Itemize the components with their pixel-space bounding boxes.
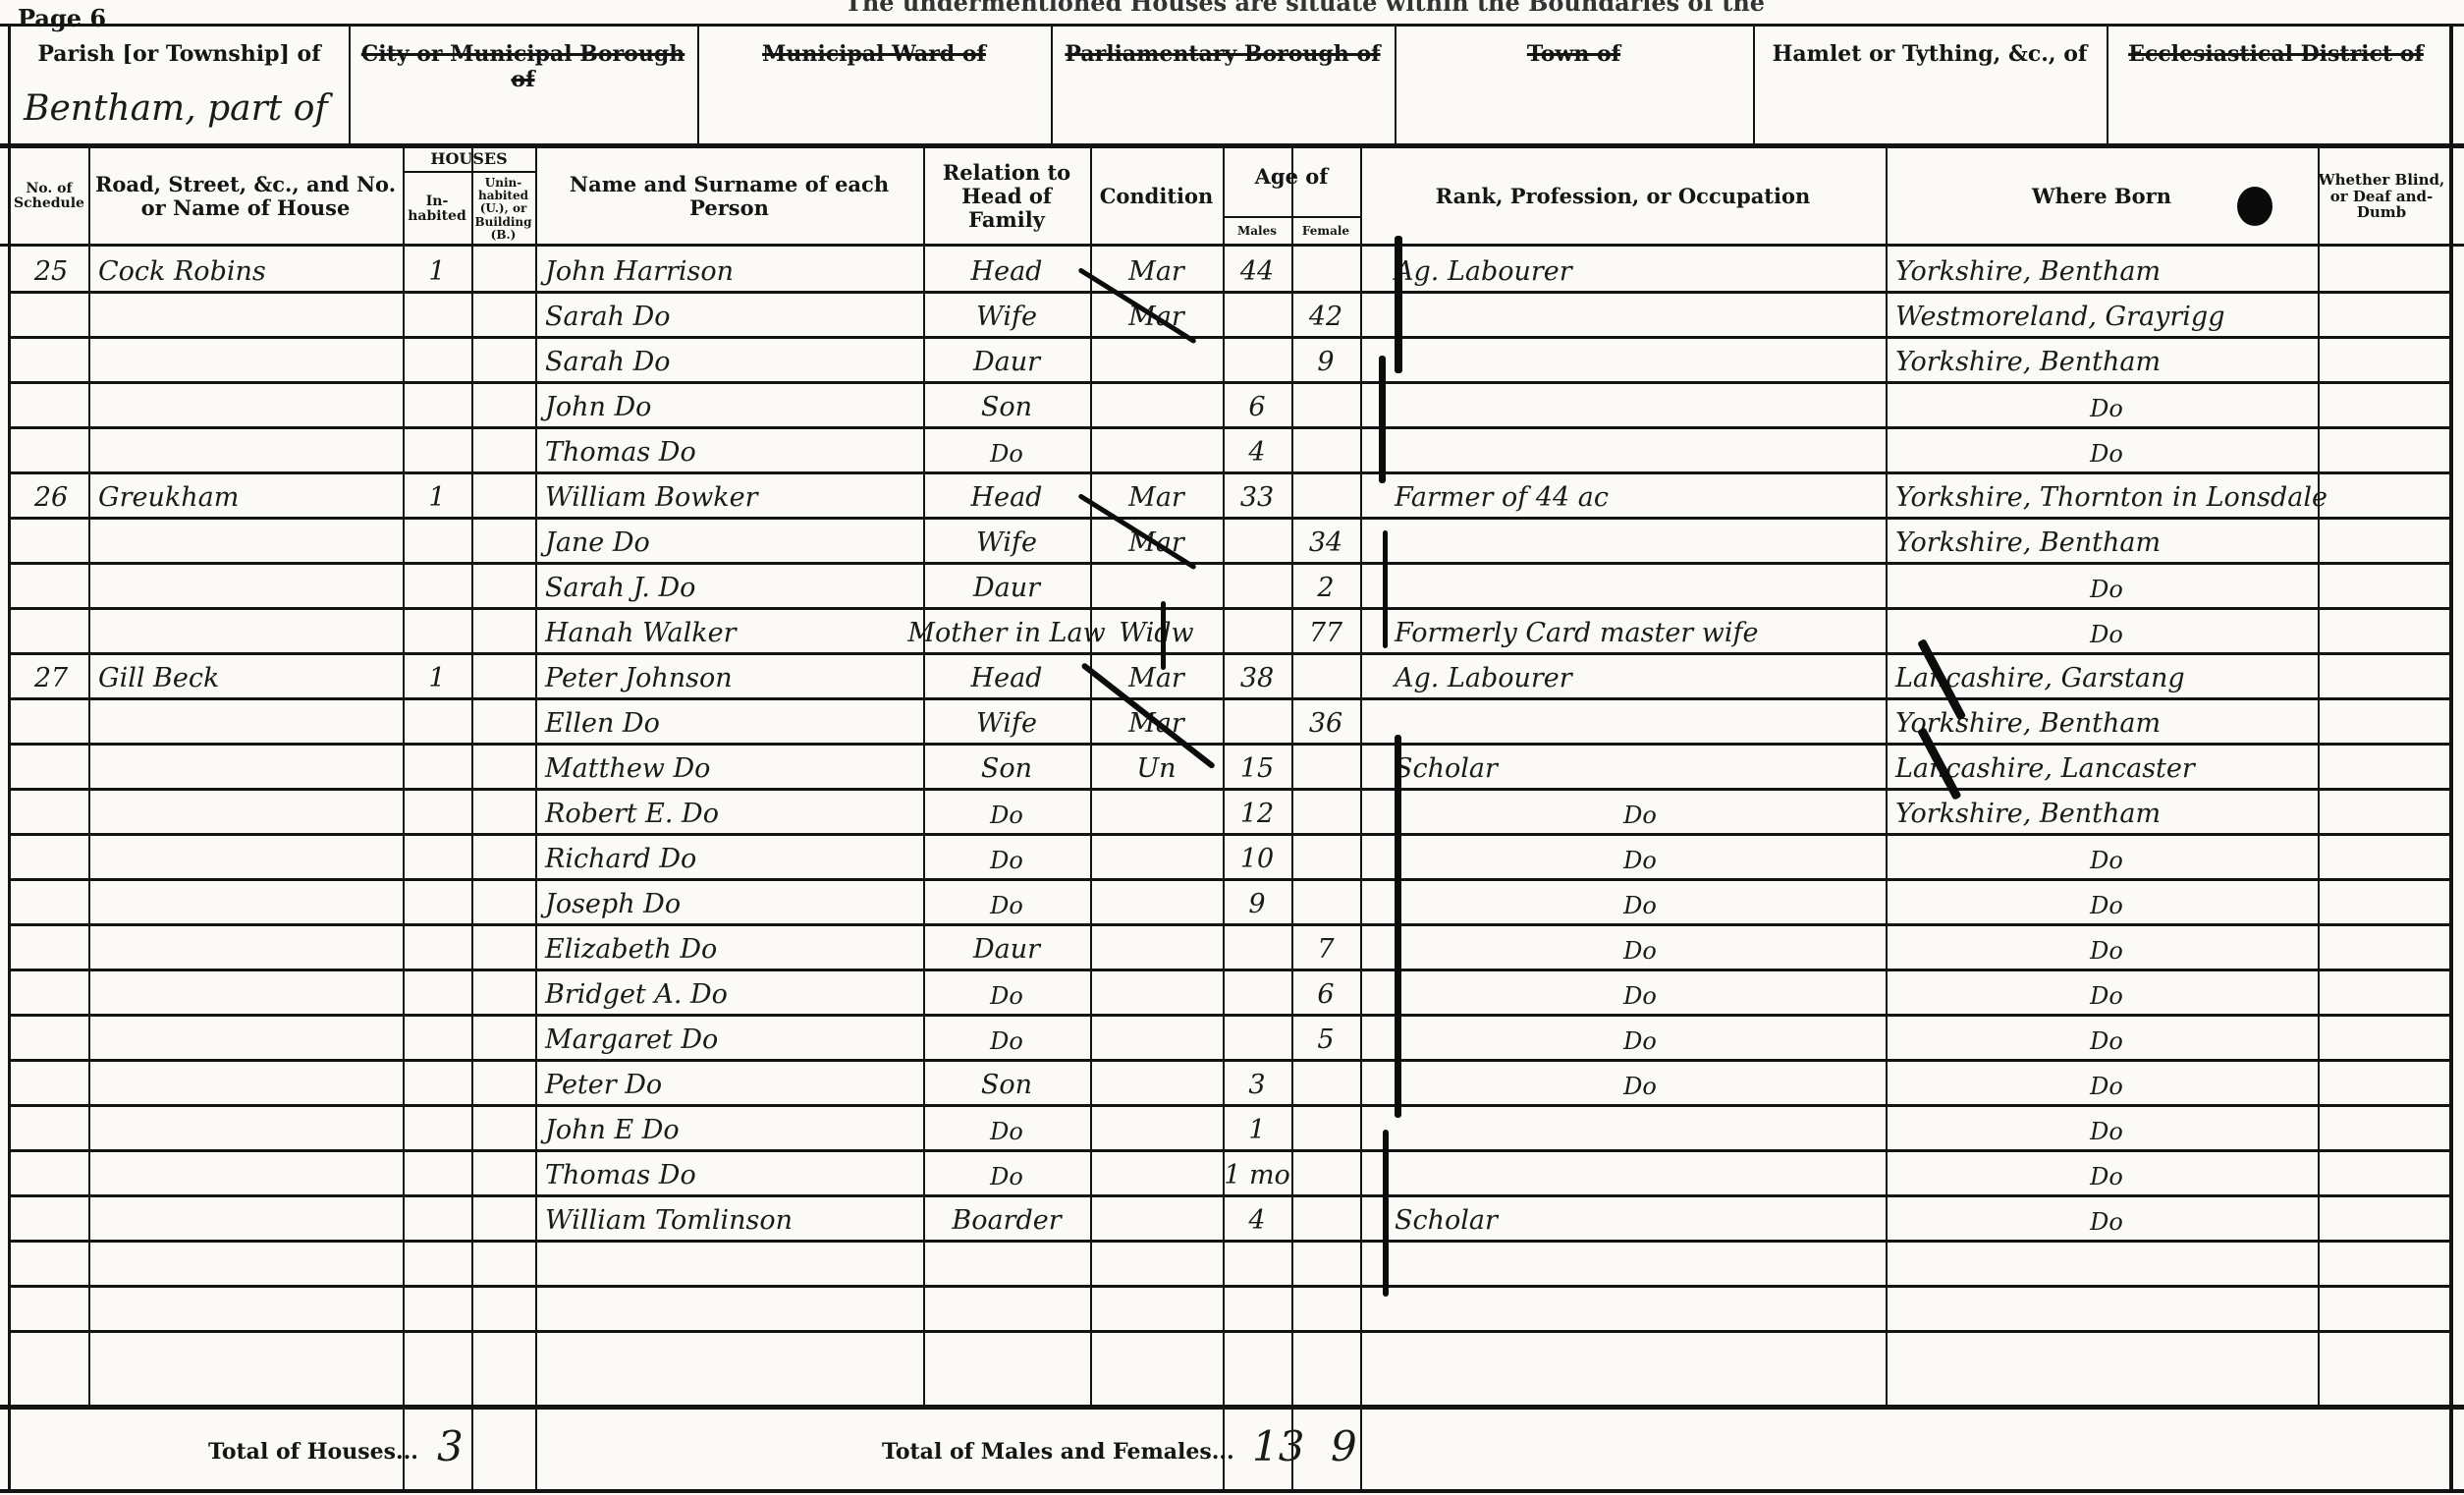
cell-occupation: Scholar [1395, 1196, 1886, 1242]
cell-house [98, 383, 403, 428]
cell-schedule [14, 383, 88, 428]
cell-relation: Do [923, 880, 1090, 925]
location-cell: City or Municipal Borough of [349, 28, 697, 145]
cell-female-age [1291, 1151, 1360, 1196]
cell-relation: Do [923, 1016, 1090, 1061]
cell-condition [1090, 970, 1223, 1016]
cell-house [98, 1242, 403, 1287]
cell-occupation: Formerly Card master wife [1395, 609, 1886, 654]
cell-house [98, 745, 403, 790]
cell-schedule [14, 970, 88, 1016]
cell-inhabited [403, 293, 471, 338]
cell-house: Gill Beck [98, 654, 403, 699]
cell-inhabited [403, 1106, 471, 1151]
table-row: Sarah J. DoDaur2Do [0, 564, 2464, 609]
cell-female-age [1291, 745, 1360, 790]
ink-blot [2237, 187, 2272, 226]
cell-schedule [14, 1151, 88, 1196]
cell-schedule [14, 925, 88, 970]
col-females: Female [1291, 218, 1360, 246]
cell-relation: Son [923, 1061, 1090, 1106]
cell-occupation: Scholar [1395, 745, 1886, 790]
cell-relation [923, 1287, 1090, 1332]
cell-inhabited [403, 1287, 471, 1332]
table-row: Peter DoSon3DoDo [0, 1061, 2464, 1106]
col-uninhabited: Unin-habited (U.), or Building (B.) [471, 173, 535, 246]
cell-inhabited [403, 1016, 471, 1061]
cell-condition [1090, 1151, 1223, 1196]
cell-male-age: 3 [1223, 1061, 1291, 1106]
total-houses-value: 3 [437, 1422, 464, 1470]
table-row: Sarah DoWifeMar42Westmoreland, Grayrigg [0, 293, 2464, 338]
cell-inhabited [403, 1151, 471, 1196]
location-cell: Hamlet or Tything, &c., of [1753, 28, 2107, 145]
cell-male-age: 6 [1223, 383, 1291, 428]
table-row: 25Cock Robins1John HarrisonHeadMar44Ag. … [0, 248, 2464, 293]
location-cell: Municipal Ward of [697, 28, 1051, 145]
cell-inhabited [403, 1061, 471, 1106]
cell-relation: Head [923, 654, 1090, 699]
cell-house [98, 338, 403, 383]
cell-relation: Do [923, 835, 1090, 880]
cell-female-age: 36 [1291, 699, 1360, 745]
table-row: Hanah WalkerMother in LawWidw77Formerly … [0, 609, 2464, 654]
col-schedule: No. of Schedule [10, 147, 88, 246]
cell-occupation [1395, 383, 1886, 428]
cell-occupation: Farmer of 44 ac [1395, 473, 1886, 519]
cell-name: Sarah Do [545, 293, 923, 338]
cell-condition: Un [1090, 745, 1223, 790]
location-title: Municipal Ward of [697, 41, 1051, 67]
cell-house [98, 1287, 403, 1332]
cell-born: Yorkshire, Bentham [1895, 519, 2318, 564]
cell-male-age: 12 [1223, 790, 1291, 835]
cell-schedule: 25 [14, 248, 88, 293]
cell-occupation [1395, 1287, 1886, 1332]
cell-female-age [1291, 383, 1360, 428]
cell-relation: Head [923, 248, 1090, 293]
cell-name: Thomas Do [545, 428, 923, 473]
cell-relation: Wife [923, 699, 1090, 745]
cell-name: Ellen Do [545, 699, 923, 745]
cell-relation: Boarder [923, 1196, 1090, 1242]
cell-male-age [1223, 519, 1291, 564]
cell-schedule [14, 564, 88, 609]
cell-inhabited [403, 970, 471, 1016]
col-relation: Relation to Head of Family [923, 147, 1090, 246]
cell-house [98, 564, 403, 609]
cell-name: Elizabeth Do [545, 925, 923, 970]
cell-female-age: 77 [1291, 609, 1360, 654]
cell-male-age: 10 [1223, 835, 1291, 880]
location-cell: Parliamentary Borough of [1051, 28, 1395, 145]
cell-house: Greukham [98, 473, 403, 519]
cell-occupation: Do [1395, 925, 1886, 970]
cell-male-age [1223, 338, 1291, 383]
table-row: Margaret DoDo5DoDo [0, 1016, 2464, 1061]
cell-house [98, 925, 403, 970]
table-row: John E DoDo1Do [0, 1106, 2464, 1151]
cell-condition [1090, 1106, 1223, 1151]
cell-house [98, 1061, 403, 1106]
cell-female-age: 5 [1291, 1016, 1360, 1061]
cell-born: Do [1895, 835, 2318, 880]
location-title: Hamlet or Tything, &c., of [1753, 41, 2107, 67]
cell-house [98, 1016, 403, 1061]
cell-inhabited [403, 564, 471, 609]
col-name: Name and Surname of each Person [535, 147, 923, 246]
cell-female-age: 2 [1291, 564, 1360, 609]
cell-male-age [1223, 293, 1291, 338]
total-males-value: 13 [1252, 1422, 1304, 1470]
cell-schedule [14, 1061, 88, 1106]
cell-born: Lancashire, Lancaster [1895, 745, 2318, 790]
cell-female-age [1291, 1287, 1360, 1332]
cell-occupation [1395, 564, 1886, 609]
table-row: Robert E. DoDo12DoYorkshire, Bentham [0, 790, 2464, 835]
cell-born: Do [1895, 609, 2318, 654]
cell-born: Yorkshire, Bentham [1895, 338, 2318, 383]
cell-inhabited [403, 835, 471, 880]
table-row: John DoSon6Do [0, 383, 2464, 428]
table-row [0, 1287, 2464, 1332]
cell-inhabited [403, 338, 471, 383]
cell-name: Hanah Walker [545, 609, 923, 654]
location-title: City or Municipal Borough of [349, 41, 697, 92]
cell-born: Lancashire, Garstang [1895, 654, 2318, 699]
cell-relation: Son [923, 745, 1090, 790]
cell-relation: Son [923, 383, 1090, 428]
cell-schedule [14, 1016, 88, 1061]
cell-female-age [1291, 1242, 1360, 1287]
cell-name: John Do [545, 383, 923, 428]
cell-relation: Daur [923, 564, 1090, 609]
cell-house [98, 519, 403, 564]
table-row: William TomlinsonBoarder4ScholarDo [0, 1196, 2464, 1242]
cell-house: Cock Robins [98, 248, 403, 293]
cell-name: Joseph Do [545, 880, 923, 925]
cell-male-age: 4 [1223, 1196, 1291, 1242]
table-row: Sarah DoDaur9Yorkshire, Bentham [0, 338, 2464, 383]
cell-condition [1090, 383, 1223, 428]
cell-name: William Bowker [545, 473, 923, 519]
cell-born: Westmoreland, Grayrigg [1895, 293, 2318, 338]
cell-house [98, 293, 403, 338]
cell-relation: Do [923, 428, 1090, 473]
cell-occupation [1395, 293, 1886, 338]
cell-female-age [1291, 1106, 1360, 1151]
table-row: Joseph DoDo9DoDo [0, 880, 2464, 925]
cell-name [545, 1287, 923, 1332]
cell-inhabited [403, 609, 471, 654]
cell-house [98, 609, 403, 654]
location-cell: Ecclesiastical District of [2107, 28, 2445, 145]
cell-schedule [14, 835, 88, 880]
location-title: Town of [1395, 41, 1753, 67]
cell-schedule [14, 293, 88, 338]
table-row [0, 1242, 2464, 1287]
cell-house [98, 790, 403, 835]
cell-name: Sarah Do [545, 338, 923, 383]
cell-condition [1090, 1196, 1223, 1242]
cell-born: Yorkshire, Thornton in Lonsdale [1895, 473, 2318, 519]
col-houses: HOUSES [403, 147, 535, 171]
cell-schedule [14, 609, 88, 654]
cell-condition [1090, 790, 1223, 835]
cell-inhabited [403, 383, 471, 428]
cell-inhabited: 1 [403, 473, 471, 519]
cell-condition [1090, 1061, 1223, 1106]
table-row: 26Greukham1William BowkerHeadMar33Farmer… [0, 473, 2464, 519]
cell-schedule [14, 790, 88, 835]
location-cell: Parish [or Township] ofBentham, part of [10, 28, 349, 145]
cell-relation: Wife [923, 293, 1090, 338]
cell-inhabited [403, 925, 471, 970]
cell-relation: Mother in Law [923, 609, 1090, 654]
cell-born: Do [1895, 1196, 2318, 1242]
cell-born: Yorkshire, Bentham [1895, 248, 2318, 293]
cell-condition [1090, 835, 1223, 880]
cell-female-age: 6 [1291, 970, 1360, 1016]
cell-occupation: Do [1395, 1061, 1886, 1106]
table-row: Thomas DoDo1 moDo [0, 1151, 2464, 1196]
cell-female-age: 34 [1291, 519, 1360, 564]
table-row: 27Gill Beck1Peter JohnsonHeadMar38Ag. La… [0, 654, 2464, 699]
cell-occupation [1395, 1106, 1886, 1151]
cell-inhabited: 1 [403, 654, 471, 699]
cell-house [98, 970, 403, 1016]
cell-female-age: 7 [1291, 925, 1360, 970]
cell-male-age [1223, 1287, 1291, 1332]
cell-name: Jane Do [545, 519, 923, 564]
cell-relation: Do [923, 790, 1090, 835]
cell-name: Peter Johnson [545, 654, 923, 699]
cell-occupation: Do [1395, 1016, 1886, 1061]
cell-male-age: 33 [1223, 473, 1291, 519]
cell-relation: Do [923, 970, 1090, 1016]
cell-schedule [14, 880, 88, 925]
cell-inhabited: 1 [403, 248, 471, 293]
cell-name: John Harrison [545, 248, 923, 293]
cell-female-age [1291, 248, 1360, 293]
cell-occupation [1395, 1242, 1886, 1287]
cell-inhabited [403, 1242, 471, 1287]
top-caption: The undermentioned Houses are situate wi… [845, 0, 1765, 17]
cell-male-age: 4 [1223, 428, 1291, 473]
cell-occupation: Ag. Labourer [1395, 654, 1886, 699]
cell-relation: Daur [923, 925, 1090, 970]
cell-born: Do [1895, 383, 2318, 428]
cell-male-age [1223, 564, 1291, 609]
cell-name: Peter Do [545, 1061, 923, 1106]
cell-male-age: 9 [1223, 880, 1291, 925]
table-row: Richard DoDo10DoDo [0, 835, 2464, 880]
cell-name: Thomas Do [545, 1151, 923, 1196]
cell-occupation [1395, 1151, 1886, 1196]
cell-occupation: Do [1395, 880, 1886, 925]
cell-schedule [14, 1287, 88, 1332]
location-cell: Town of [1395, 28, 1753, 145]
cell-occupation [1395, 699, 1886, 745]
location-title: Parish [or Township] of [10, 41, 349, 67]
cell-male-age [1223, 1016, 1291, 1061]
cell-relation: Wife [923, 519, 1090, 564]
cell-male-age: 1 mo [1223, 1151, 1291, 1196]
total-houses-label: Total of Houses... [208, 1439, 418, 1465]
cell-female-age [1291, 428, 1360, 473]
cell-schedule [14, 1196, 88, 1242]
cell-name: William Tomlinson [545, 1196, 923, 1242]
cell-house [98, 1151, 403, 1196]
location-value: Bentham, part of [24, 88, 328, 129]
cell-house [98, 835, 403, 880]
cell-born: Do [1895, 880, 2318, 925]
cell-occupation: Ag. Labourer [1395, 248, 1886, 293]
cell-name: Robert E. Do [545, 790, 923, 835]
cell-relation: Daur [923, 338, 1090, 383]
cell-relation: Do [923, 1106, 1090, 1151]
cell-name: Richard Do [545, 835, 923, 880]
cell-name: John E Do [545, 1106, 923, 1151]
cell-male-age [1223, 970, 1291, 1016]
cell-schedule: 27 [14, 654, 88, 699]
cell-born: Do [1895, 1016, 2318, 1061]
cell-inhabited [403, 699, 471, 745]
cell-female-age [1291, 880, 1360, 925]
cell-occupation [1395, 338, 1886, 383]
cell-born: Do [1895, 925, 2318, 970]
cell-schedule: 26 [14, 473, 88, 519]
cell-schedule [14, 745, 88, 790]
cell-inhabited [403, 880, 471, 925]
cell-schedule [14, 428, 88, 473]
location-title: Parliamentary Borough of [1051, 41, 1395, 67]
cell-name [545, 1242, 923, 1287]
cell-relation: Head [923, 473, 1090, 519]
col-occupation: Rank, Profession, or Occupation [1360, 147, 1886, 246]
cell-condition [1090, 428, 1223, 473]
cell-born: Do [1895, 1106, 2318, 1151]
cell-female-age [1291, 790, 1360, 835]
location-title: Ecclesiastical District of [2107, 41, 2445, 67]
cell-female-age: 42 [1291, 293, 1360, 338]
cell-male-age [1223, 1242, 1291, 1287]
cell-born [1895, 1242, 2318, 1287]
cell-male-age: 44 [1223, 248, 1291, 293]
col-blind-deaf: Whether Blind, or Deaf and-Dumb [2318, 147, 2445, 246]
cell-female-age [1291, 473, 1360, 519]
cell-condition [1090, 1242, 1223, 1287]
cell-male-age [1223, 925, 1291, 970]
cell-inhabited [403, 790, 471, 835]
table-row: Ellen DoWifeMar36Yorkshire, Bentham [0, 699, 2464, 745]
cell-occupation [1395, 519, 1886, 564]
col-inhabited: In-habited [403, 173, 471, 246]
cell-inhabited [403, 428, 471, 473]
col-condition: Condition [1090, 147, 1223, 246]
cell-born: Do [1895, 1061, 2318, 1106]
col-males: Males [1223, 218, 1291, 246]
table-row: Bridget A. DoDo6DoDo [0, 970, 2464, 1016]
cell-occupation: Do [1395, 835, 1886, 880]
cell-condition [1090, 1016, 1223, 1061]
cell-name: Bridget A. Do [545, 970, 923, 1016]
total-persons-label: Total of Males and Females... [882, 1439, 1234, 1465]
cell-condition [1090, 925, 1223, 970]
cell-name: Margaret Do [545, 1016, 923, 1061]
cell-male-age: 1 [1223, 1106, 1291, 1151]
cell-name: Matthew Do [545, 745, 923, 790]
col-road: Road, Street, &c., and No. or Name of Ho… [88, 147, 403, 246]
cell-born: Do [1895, 564, 2318, 609]
cell-schedule [14, 699, 88, 745]
cell-male-age: 15 [1223, 745, 1291, 790]
table-row: Matthew DoSonUn15ScholarLancashire, Lanc… [0, 745, 2464, 790]
cell-house [98, 1106, 403, 1151]
cell-born: Do [1895, 970, 2318, 1016]
cell-condition [1090, 880, 1223, 925]
cell-inhabited [403, 1196, 471, 1242]
cell-house [98, 699, 403, 745]
cell-born: Do [1895, 428, 2318, 473]
cell-inhabited [403, 519, 471, 564]
cell-inhabited [403, 745, 471, 790]
cell-female-age [1291, 835, 1360, 880]
cell-condition [1090, 564, 1223, 609]
cell-relation: Do [923, 1151, 1090, 1196]
cell-male-age [1223, 699, 1291, 745]
table-row: Thomas DoDo4Do [0, 428, 2464, 473]
cell-female-age: 9 [1291, 338, 1360, 383]
cell-male-age [1223, 609, 1291, 654]
cell-schedule [14, 1106, 88, 1151]
cell-born [1895, 1287, 2318, 1332]
table-row: Jane DoWifeMar34Yorkshire, Bentham [0, 519, 2464, 564]
cell-female-age [1291, 1196, 1360, 1242]
cell-schedule [14, 1242, 88, 1287]
cell-schedule [14, 338, 88, 383]
cell-female-age [1291, 654, 1360, 699]
cell-house [98, 880, 403, 925]
cell-relation [923, 1242, 1090, 1287]
cell-schedule [14, 519, 88, 564]
cell-occupation: Do [1395, 970, 1886, 1016]
cell-condition: Widw [1090, 609, 1223, 654]
table-row: Elizabeth DoDaur7DoDo [0, 925, 2464, 970]
cell-condition [1090, 338, 1223, 383]
cell-house [98, 428, 403, 473]
cell-occupation: Do [1395, 790, 1886, 835]
cell-name: Sarah J. Do [545, 564, 923, 609]
cell-female-age [1291, 1061, 1360, 1106]
cell-male-age: 38 [1223, 654, 1291, 699]
cell-condition: Mar [1090, 654, 1223, 699]
cell-born: Do [1895, 1151, 2318, 1196]
cell-occupation [1395, 428, 1886, 473]
total-females-value: 9 [1331, 1422, 1357, 1470]
cell-condition [1090, 1287, 1223, 1332]
cell-house [98, 1196, 403, 1242]
